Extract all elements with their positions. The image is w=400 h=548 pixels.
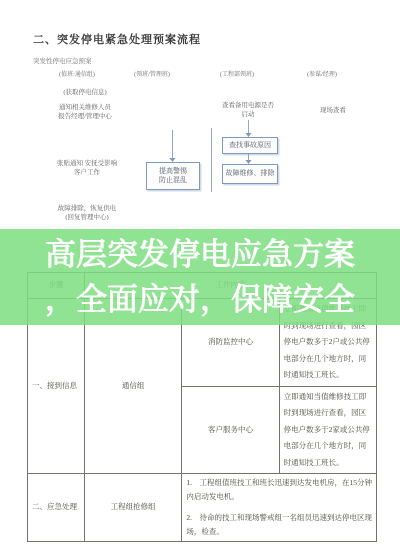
flow-node-restore-line2: (回复管理中心) — [65, 214, 108, 221]
connector-line — [248, 120, 249, 133]
flow-node-get-info: (获取停电信息) — [48, 88, 122, 97]
table-header-row: 步骤 工作内容 — [28, 273, 377, 299]
flow-node-notify-line2: 报告经理/管理中心 — [58, 113, 112, 120]
banner-title-line1: 高层突发停电应急方案 — [0, 232, 400, 277]
flow-box-alert-line1: 提高警惕 — [159, 167, 187, 175]
flow-node-post-notice: 张贴通知 安抚受影响 客户工作 — [46, 159, 128, 177]
lane-label-4: (参谋/经理) — [307, 69, 337, 78]
cell-dept-customer-service: 客户服务中心 — [182, 386, 279, 474]
flow-node-notify-line1: 通知相关维修人员 — [59, 104, 111, 111]
flow-node-notify: 通知相关维修人员 报告经理/管理中心 — [46, 103, 124, 121]
connector-line — [172, 130, 173, 158]
cell-work-fire-monitoring: 立即通知当值维修技工即时到现场进行查看，园区停电户数多于2户或公共停电部分在几个… — [279, 299, 376, 387]
flow-node-backup-line2: 启动 — [242, 111, 255, 118]
lane-label-1: (值班:通信组) — [59, 69, 95, 78]
flow-node-post-notice-line1: 张贴通知 安抚受影响 — [57, 160, 117, 167]
flow-box-repair: 故障维修、排除 — [222, 164, 278, 184]
work-item-2: 2. 待命的技工和现场警戒组一名组员迅速到达停电区现场，检查。 — [186, 511, 372, 540]
column-header-work: 工作内容 — [85, 273, 377, 299]
flowchart-caption: 突发性停电应急预案 — [33, 56, 92, 65]
cell-work-customer-service: 立即通知当值维修技工即时到现场进行查看，园区停电户数多于2家或公共停电部分在几个… — [279, 386, 376, 474]
flow-node-backup-line1: 查看备用电源是否 — [222, 102, 274, 109]
flow-node-site-check: 现场查看 — [313, 106, 353, 115]
flow-node-restore: 故障排除，恢复供电 (回复管理中心) — [46, 204, 128, 222]
work-item-1: 1. 工程组值班技工和班长迅速到达发电机房，在15分钟内启动发电机。 — [186, 476, 372, 505]
lane-label-2: (领班/管理班) — [134, 69, 170, 78]
flow-box-alert-line2: 防止混乱 — [159, 176, 187, 184]
page-title: 二、突发停电紧急处理预案流程 — [33, 31, 201, 47]
cell-step-1: 一、接到信息 — [28, 299, 85, 474]
flow-box-raise-alert: 提高警惕 防止混乱 — [146, 162, 200, 190]
flow-node-backup-power: 查看备用电源是否 启动 — [210, 101, 286, 119]
flow-node-post-notice-line2: 客户工作 — [74, 169, 100, 176]
column-header-step: 步骤 — [28, 273, 85, 299]
lane-divider-line — [211, 128, 212, 192]
procedure-table: 步骤 工作内容 一、接到信息 通信组 消防监控中心 立即通知当值维修技工即时到现… — [27, 272, 377, 542]
cell-step-2: 二、应急处理 — [28, 474, 85, 542]
table-row: 一、接到信息 通信组 消防监控中心 立即通知当值维修技工即时到现场进行查看，园区… — [28, 299, 377, 387]
cell-work-emergency: 1. 工程组值班技工和班长迅速到达发电机房，在15分钟内启动发电机。 2. 待命… — [182, 474, 377, 542]
flow-node-restore-line1: 故障排除，恢复供电 — [58, 205, 117, 212]
cell-group-1: 通信组 — [85, 299, 182, 474]
lane-label-3: (工程部领班) — [220, 69, 254, 78]
table-row: 二、应急处理 工程组抢修组 1. 工程组值班技工和班长迅速到达发电机房，在15分… — [28, 474, 377, 542]
flow-box-find-cause: 查找事故原因 — [222, 137, 278, 154]
cell-group-2: 工程组抢修组 — [85, 474, 182, 542]
cell-dept-fire-monitoring: 消防监控中心 — [182, 299, 279, 387]
